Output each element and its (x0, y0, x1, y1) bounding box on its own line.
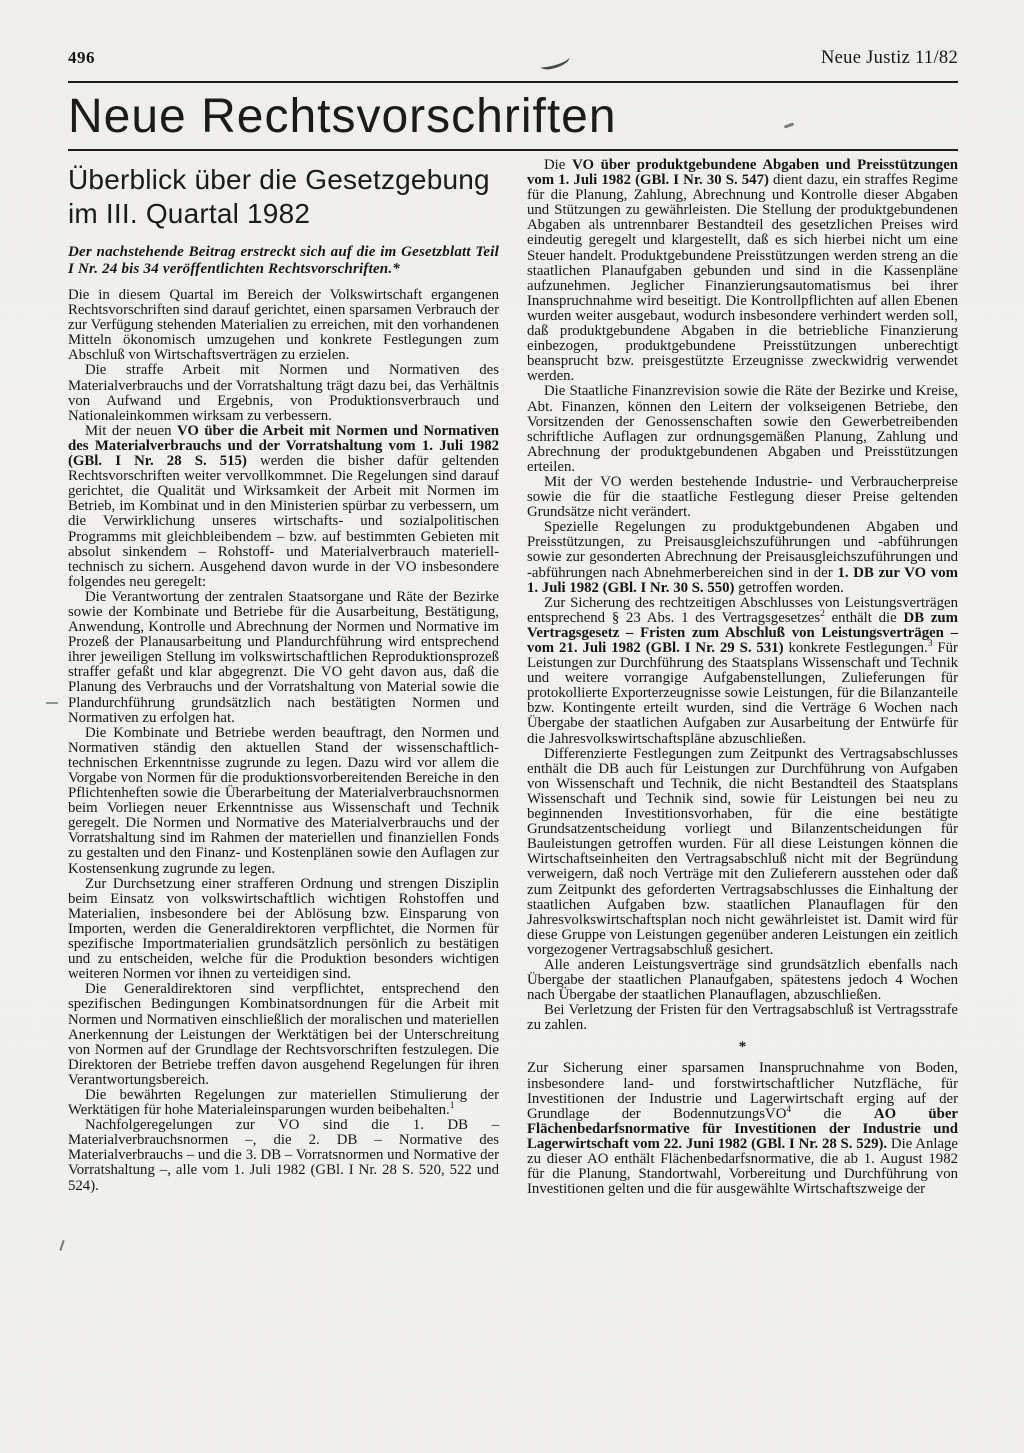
text-segment: Bei Verletzung der Fristen für den Vertr… (527, 1002, 958, 1033)
text-segment: Die Kombinate und Betriebe werden beauft… (68, 725, 499, 877)
text-segment: Die Staatliche Finanzrevision sowie die … (527, 383, 958, 474)
text-segment: Mit der VO werden bestehende Industrie- … (527, 474, 958, 520)
text-segment: Die in diesem Quartal im Bereich der Vol… (68, 287, 499, 363)
paragraph: Spezielle Regelungen zu produktgebundene… (527, 520, 958, 595)
journal-title: Neue Justiz 11/82 (821, 48, 958, 69)
paragraph: Alle anderen Leistungsverträge sind grun… (527, 958, 958, 1003)
page-number: 496 (68, 48, 95, 68)
article-title-line2: im III. Quartal 1982 (68, 197, 499, 231)
paragraph: Zur Sicherung einer sparsamen Inanspruch… (527, 1061, 958, 1197)
paragraph: Nachfolgeregelungen zur VO sind die 1. D… (68, 1118, 499, 1193)
paragraph: Zur Sicherung des rechtzeitigen Abschlus… (527, 596, 958, 747)
text-segment: enthält die (825, 610, 904, 626)
article-columns: Überblick über die Gesetzgebung im III. … (68, 158, 958, 1197)
paragraph: Mit der VO werden bestehende Industrie- … (527, 475, 958, 520)
text-segment: konkrete Festlegungen. (784, 640, 928, 656)
paragraph: Mit der neuen VO über die Arbeit mit Nor… (68, 424, 499, 590)
right-column-text: Die VO über produktgebundene Abgaben und… (527, 158, 958, 1197)
text-segment: Die Verantwortung der zentralen Staatsor… (68, 589, 499, 726)
paragraph: Die in diesem Quartal im Bereich der Vol… (68, 288, 499, 363)
article-title-line1: Überblick über die Gesetzgebung (68, 163, 499, 197)
text-segment: Die Generaldirektoren sind verpflichtet,… (68, 981, 499, 1088)
article-title: Überblick über die Gesetzgebung im III. … (68, 163, 499, 231)
text-segment: die (791, 1106, 874, 1122)
paragraph: Zur Durchsetzung einer strafferen Ordnun… (68, 877, 499, 983)
text-segment: Für Leistungen zur Durchführung des Staa… (527, 640, 958, 747)
page-header: 496 Neue Justiz 11/82 (68, 48, 958, 76)
paragraph: Die bewährten Regelungen zur materiellen… (68, 1088, 499, 1118)
paragraph: Bei Verletzung der Fristen für den Vertr… (527, 1003, 958, 1033)
header-rule (68, 81, 958, 83)
text-segment: Mit der neuen (85, 423, 177, 439)
left-column: Überblick über die Gesetzgebung im III. … (68, 158, 499, 1197)
text-segment: getroffen worden. (734, 580, 843, 596)
scan-artifact-margin-dash (46, 702, 58, 704)
text-segment: Zur Durchsetzung einer strafferen Ordnun… (68, 876, 499, 983)
paragraph: Differenzierte Festlegungen zum Zeitpunk… (527, 747, 958, 958)
text-segment: Nachfolgeregelungen zur VO sind die 1. D… (68, 1117, 499, 1193)
section-separator: * (527, 1040, 958, 1055)
text-segment: Die (544, 157, 572, 173)
right-column: Die VO über produktgebundene Abgaben und… (527, 158, 958, 1197)
section-title: Neue Rechtsvorschriften (68, 92, 958, 142)
text-segment: Die bewährten Regelungen zur materiellen… (68, 1087, 499, 1118)
paragraph: Die Verantwortung der zentralen Staatsor… (68, 590, 499, 726)
paragraph: Die Generaldirektoren sind verpflichtet,… (68, 982, 499, 1088)
text-segment: Die straffe Arbeit mit Normen und Normat… (68, 362, 499, 423)
left-column-text: Die in diesem Quartal im Bereich der Vol… (68, 288, 499, 1194)
paragraph: Die straffe Arbeit mit Normen und Normat… (68, 363, 499, 423)
intro-paragraph: Der nachstehende Beitrag erstreckt sich … (68, 244, 499, 277)
footnote-ref: 1 (450, 1101, 455, 1111)
paragraph: Die Staatliche Finanzrevision sowie die … (527, 384, 958, 475)
section-rule (68, 149, 958, 151)
text-segment: Alle anderen Leistungsverträge sind grun… (527, 957, 958, 1003)
text-segment: werden die bisher dafür geltenden Rechts… (68, 453, 499, 590)
paragraph: Die Kombinate und Betriebe werden beauft… (68, 726, 499, 877)
text-segment: dient dazu, ein straffes Regime für die … (527, 172, 958, 384)
scan-artifact-slash (59, 1240, 64, 1251)
journal-page: 496 Neue Justiz 11/82 Neue Rechtsvorschr… (0, 0, 1024, 1453)
paragraph: Die VO über produktgebundene Abgaben und… (527, 158, 958, 384)
text-segment: Differenzierte Festlegungen zum Zeitpunk… (527, 746, 958, 958)
